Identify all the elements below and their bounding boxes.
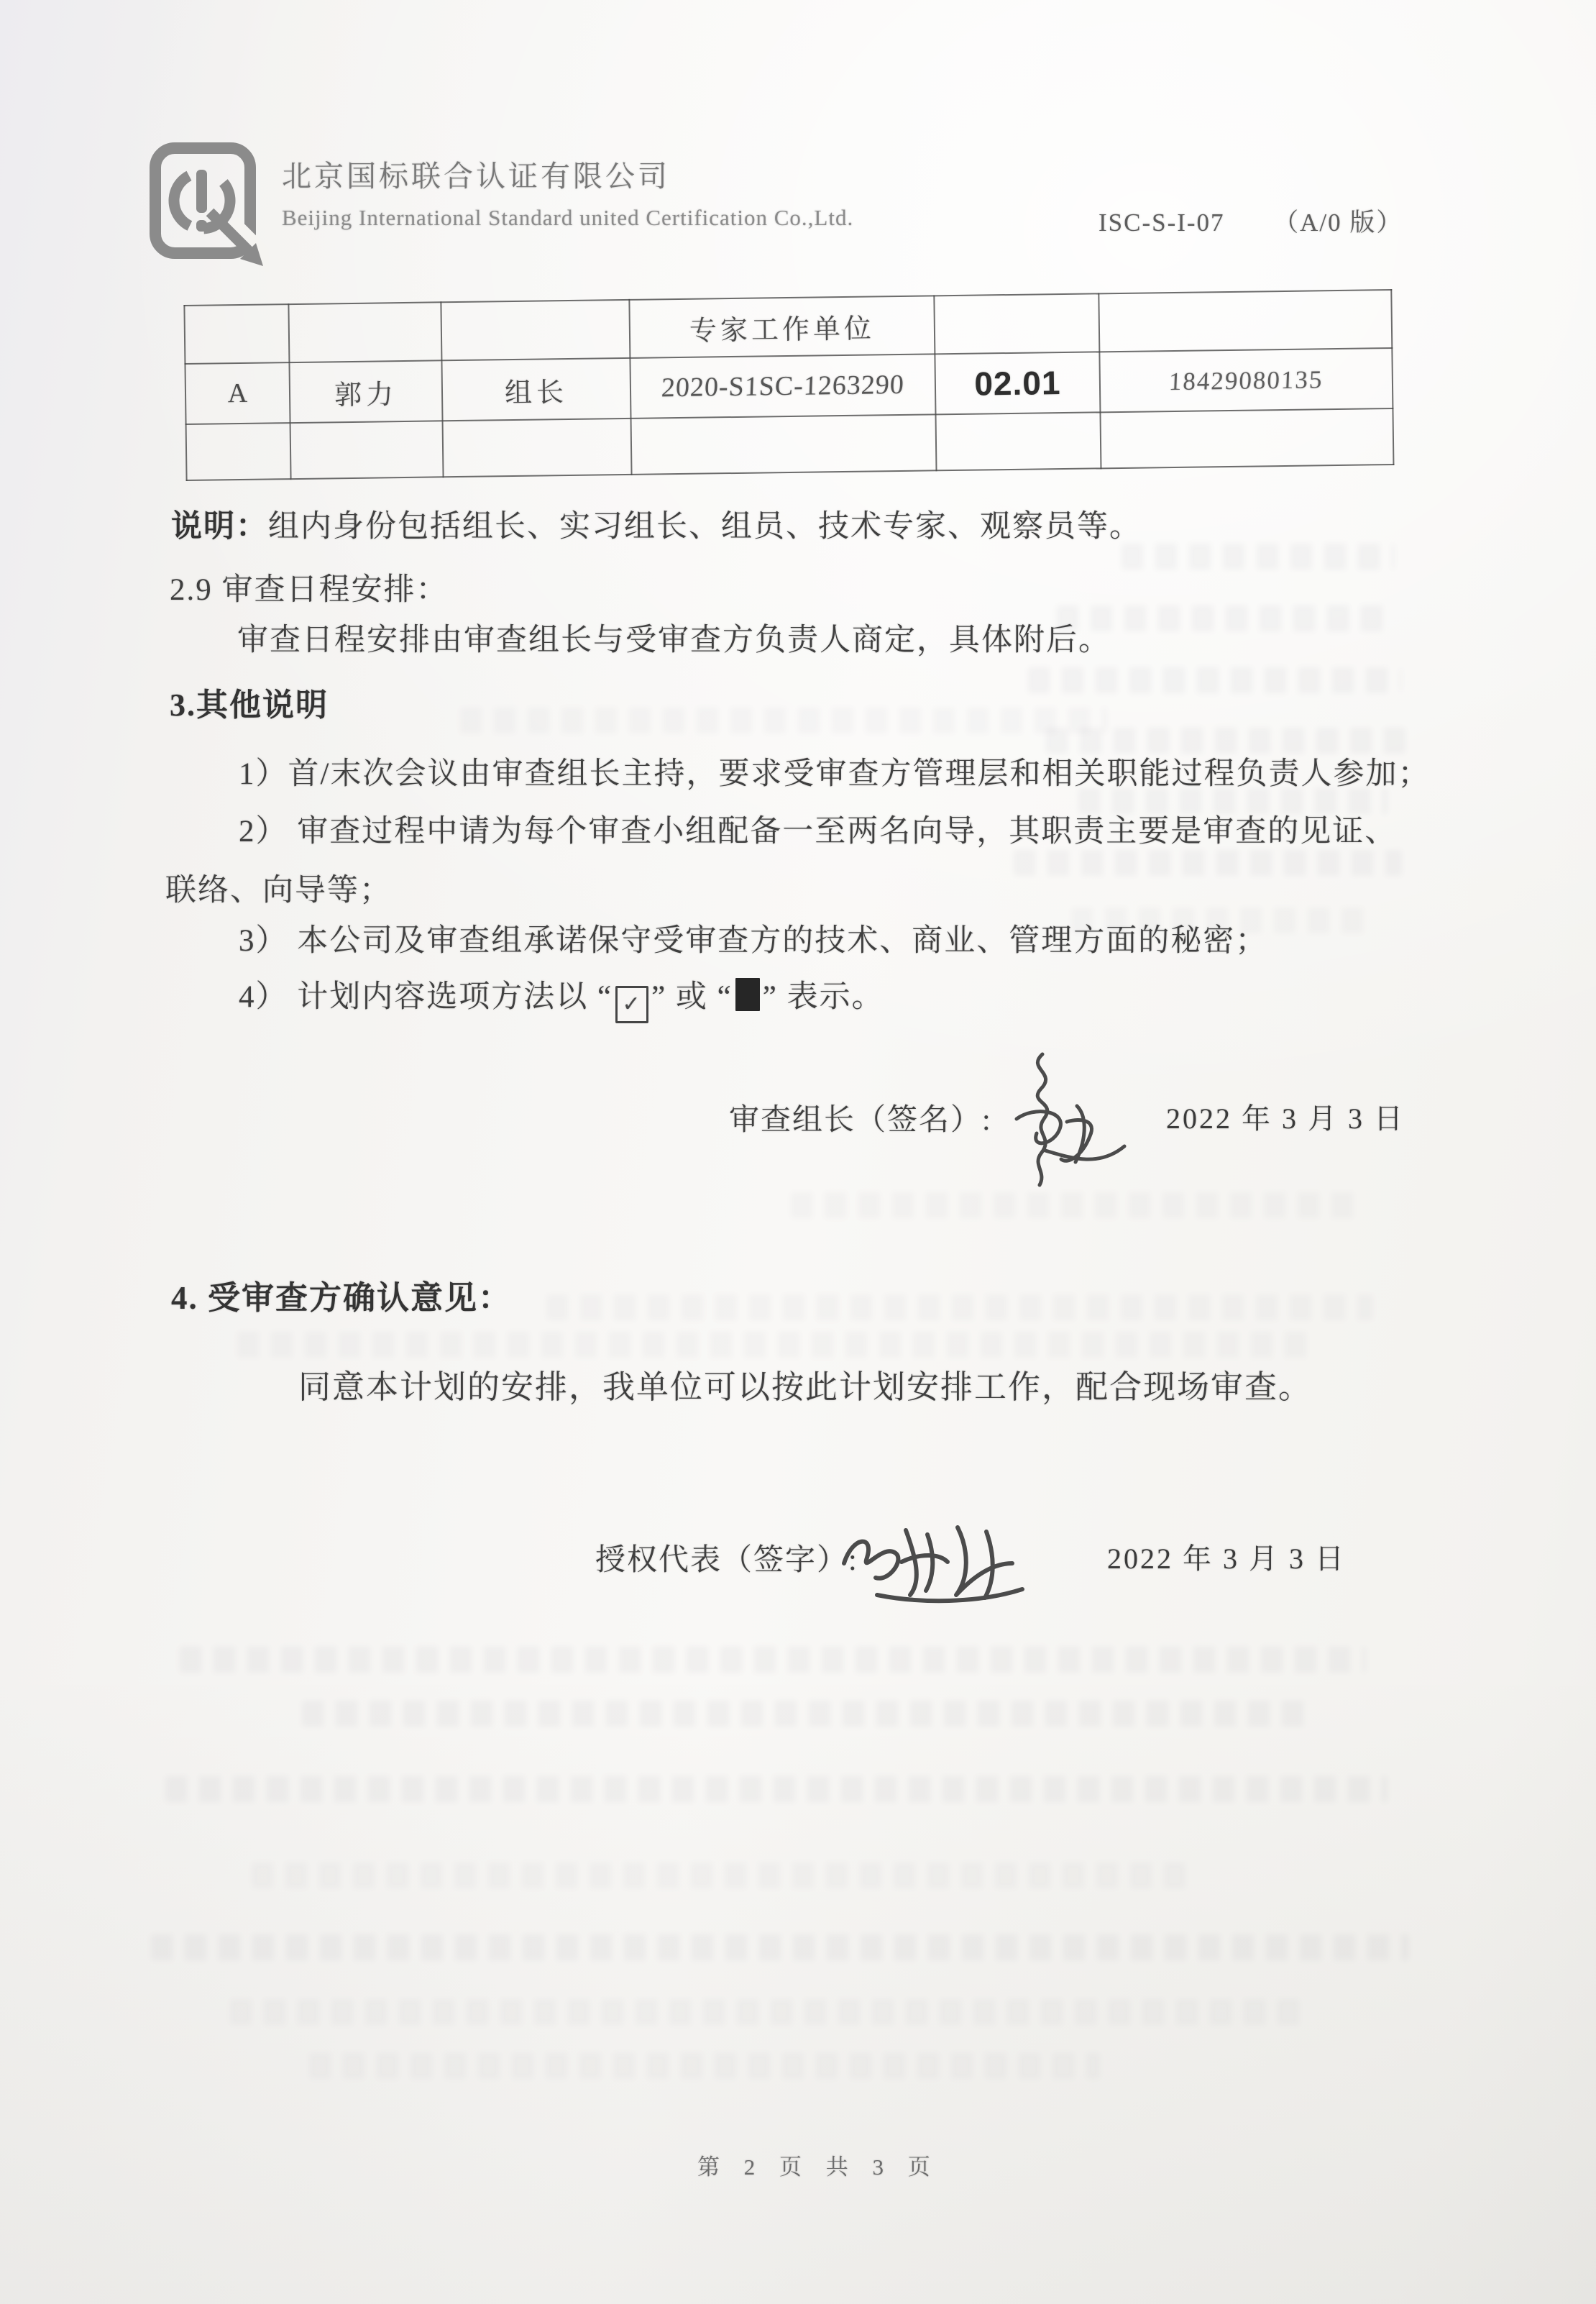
page-number: 第 2 页 共 3 页 (697, 2149, 940, 2181)
section-4-title: 受审查方确认意见： (208, 1280, 512, 1316)
note-label: 说明： (171, 510, 268, 544)
cell-group-id: A (185, 362, 290, 424)
item-4-suffix: ” 表示。 (763, 980, 884, 1014)
leader-signature-label: 审查组长（签名）: (729, 1096, 992, 1139)
note-line: 说明：组内身份包括组长、实习组长、组员、技术专家、观察员等。 (171, 502, 1142, 546)
bleed-through-ghost (1028, 667, 1402, 693)
bleed-through-ghost (460, 708, 1107, 733)
bleed-through-ghost (546, 1294, 1373, 1320)
company-name-cn: 北京国标联合认证有限公司 (282, 152, 853, 195)
leader-signature-date: 2022 年 3 月 3 日 (1166, 1096, 1405, 1137)
section-3-item-3: 3） 本公司及审查组承诺保守受审查方的技术、商业、管理方面的秘密； (239, 916, 1267, 960)
section-3-item-4: 4） 计划内容选项方法以 “✓” 或 “” 表示。 (239, 972, 884, 1023)
confirmation-text: 同意本计划的安排，我单位可以按此计划安排工作，配合现场审查。 (298, 1361, 1312, 1407)
section-3-item-1: 1）首/末次会议由审查组长主持，要求受审查方管理层和相关职能过程负责人参加； (239, 749, 1430, 793)
representative-signature (834, 1494, 1050, 1617)
scanned-document-page: 北京国标联合认证有限公司 Beijing International Stand… (0, 0, 1596, 2304)
doc-code-line: ISC-S-I-07 （A/0 版） (1099, 203, 1403, 239)
bleed-through-ghost (1122, 544, 1395, 570)
checked-checkbox-icon: ✓ (615, 986, 648, 1023)
cell-auditor-name: 郭力 (289, 360, 442, 423)
certification-logo-icon (142, 138, 269, 272)
bleed-through-ghost (791, 1192, 1366, 1218)
cell-phone: 18429080135 (1168, 365, 1324, 396)
leader-signature (976, 1044, 1142, 1195)
doc-code: ISC-S-I-07 (1099, 209, 1225, 237)
bleed-through-ghost (230, 1999, 1308, 2025)
bleed-through-ghost (252, 1862, 1186, 1888)
section-3-item-2: 2） 审查过程中请为每个审查小组配备一至两名向导，其职责主要是审查的见证、 (239, 807, 1397, 851)
bleed-through-ghost (151, 1934, 1409, 1960)
section-4-number: 4. (171, 1280, 198, 1316)
section-2-9-heading: 2.9 审查日程安排： (170, 565, 449, 609)
filled-square-icon (735, 978, 760, 1011)
cell-registration-no: 2020-S1SC-1263290 (661, 369, 905, 403)
note-text: 组内身份包括组长、实习组长、组员、技术专家、观察员等。 (268, 510, 1142, 544)
section-2-9-text: 审查日程安排由审查组长与受审查方负责人商定，具体附后。 (237, 616, 1111, 659)
bleed-through-ghost (1014, 850, 1402, 876)
bleed-through-ghost (309, 2053, 1100, 2079)
company-name-en: Beijing International Standard united Ce… (282, 205, 853, 231)
bleed-through-ghost (302, 1701, 1308, 1727)
doc-version: （A/0 版） (1273, 209, 1403, 237)
section-3-item-2-wrap: 联络、向导等； (165, 866, 392, 910)
cell-code: 02.01 (974, 364, 1061, 403)
section-3-heading: 3.其他说明 (170, 679, 329, 725)
representative-signature-label: 授权代表（签字）: (595, 1536, 858, 1579)
bleed-through-ghost (165, 1776, 1388, 1802)
bleed-through-ghost (237, 1332, 1316, 1358)
expert-table: 专家工作单位 A 郭力 组长 2020-S1SC-1263290 02.01 1… (185, 305, 1393, 481)
table-header-cell: 专家工作单位 (629, 296, 935, 358)
item-4-or: ” 或 “ (651, 980, 733, 1014)
bleed-through-ghost (180, 1647, 1366, 1673)
cell-role: 组长 (441, 358, 630, 421)
item-4-prefix: 4） 计划内容选项方法以 “ (239, 980, 613, 1014)
section-4-heading: 4. 受审查方确认意见： (171, 1271, 512, 1318)
representative-signature-date: 2022 年 3 月 3 日 (1107, 1536, 1346, 1577)
